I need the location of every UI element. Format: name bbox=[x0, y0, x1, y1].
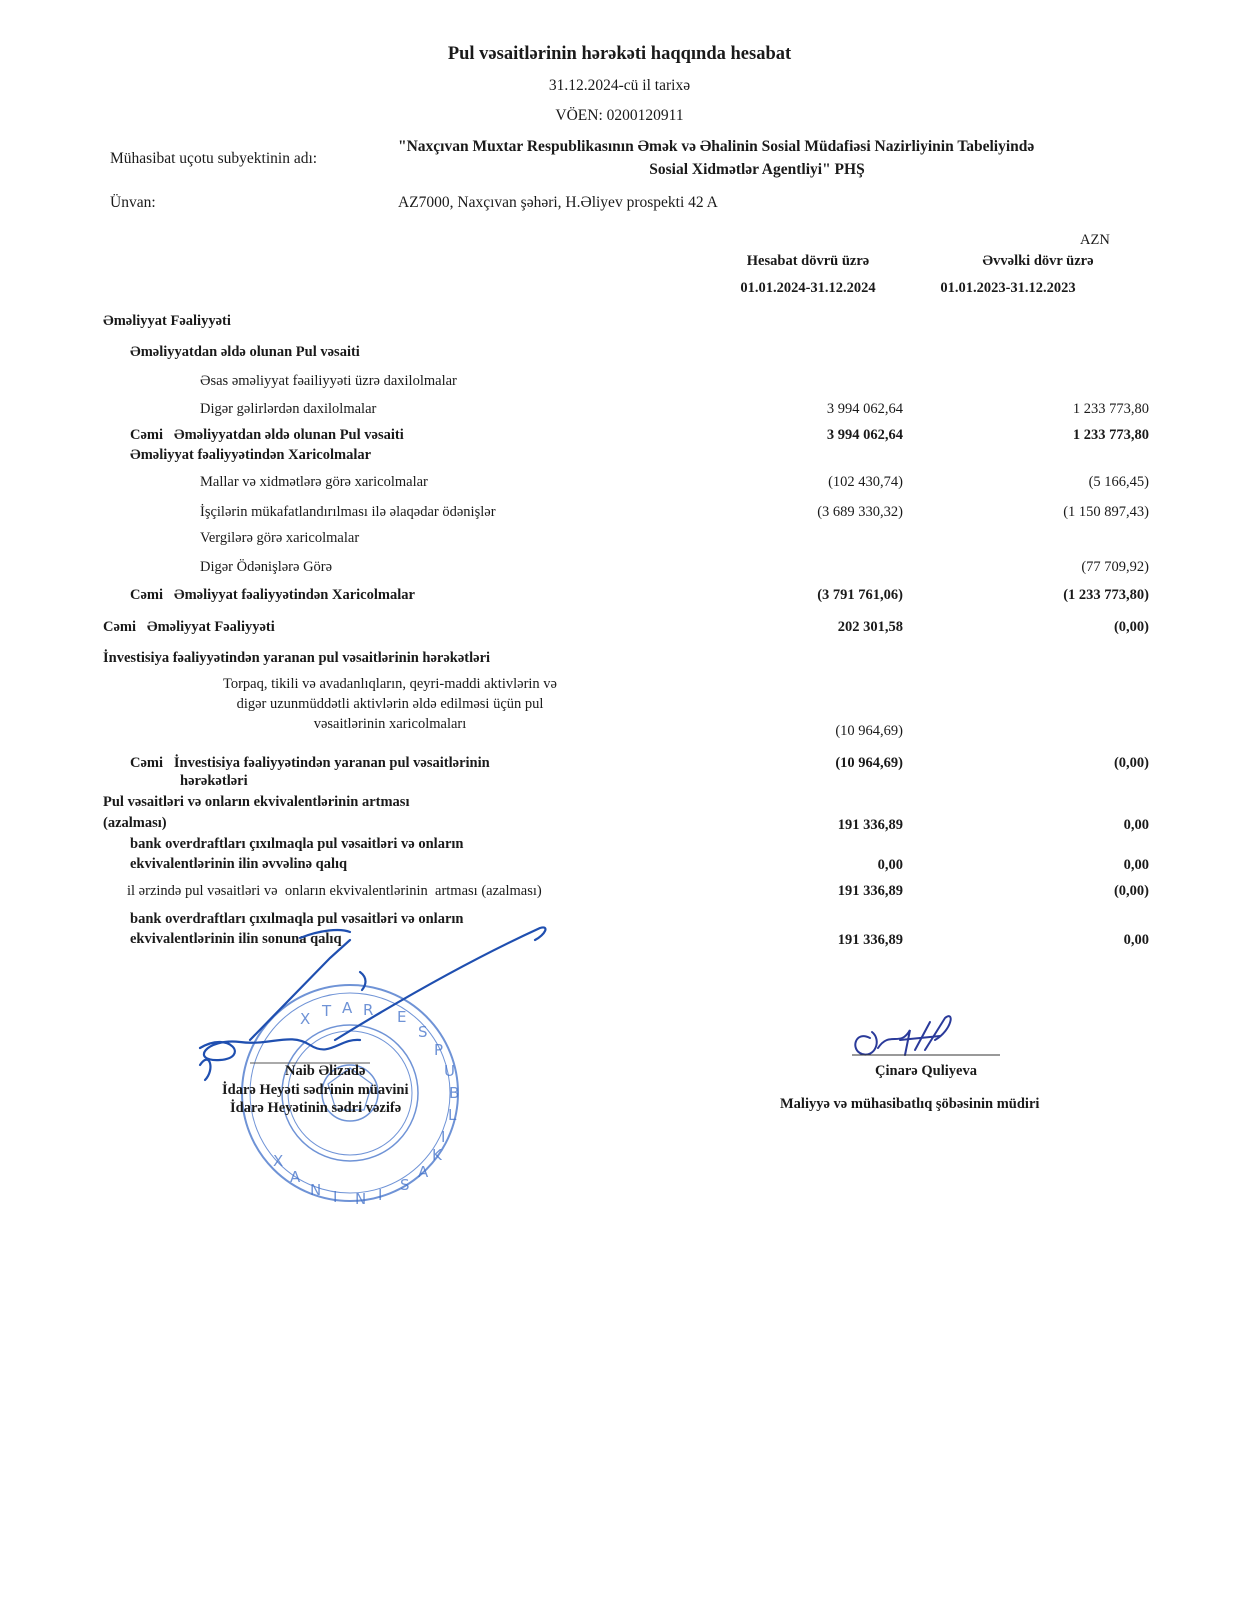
svg-text:S: S bbox=[400, 1176, 410, 1194]
value-previous: (1 150 897,43) bbox=[949, 504, 1149, 521]
value-previous: 0,00 bbox=[949, 857, 1149, 874]
section-operating: Əməliyyat Fəaliyyəti bbox=[103, 313, 231, 330]
value-current: 191 336,89 bbox=[703, 932, 903, 949]
row-total-investing-line1: Cəmi İnvestisiya fəaliyyətindən yaranan … bbox=[130, 755, 490, 772]
value-current: 191 336,89 bbox=[703, 817, 903, 834]
value-previous: 0,00 bbox=[949, 932, 1149, 949]
row-main-operating-inflows: Əsas əməliyyat fəailiyyəti üzrə daxilolm… bbox=[200, 373, 457, 390]
svg-text:I: I bbox=[378, 1186, 382, 1204]
entity-label: Mühasibat uçotu subyektinin adı: bbox=[110, 150, 317, 168]
value-current: 3 994 062,64 bbox=[703, 401, 903, 418]
row-employee-compensation: İşçilərin mükafatlandırılması ilə əlaqəd… bbox=[200, 504, 496, 521]
row-ppe-purchase-line1: Torpaq, tikili və avadanlıqların, qeyri-… bbox=[190, 676, 590, 693]
subsection-operating-outflows: Əməliyyat fəaliyyətindən Xaricolmalar bbox=[130, 447, 371, 464]
signature-left-icon bbox=[200, 927, 545, 1080]
row-tax-outflows: Vergilərə görə xaricolmalar bbox=[200, 530, 359, 547]
signatory-left-title1: İdarə Heyəti sədrinin müavini bbox=[222, 1082, 409, 1099]
row-total-investing-line2: hərəkətləri bbox=[180, 773, 248, 790]
svg-text:I: I bbox=[333, 1188, 337, 1206]
address-label: Ünvan: bbox=[110, 194, 156, 212]
svg-text:N: N bbox=[355, 1190, 366, 1208]
entity-name-line2: Sosial Xidmətlər Agentliyi" PHŞ bbox=[398, 161, 1116, 179]
signatory-right-title: Maliyyə və mühasibatlıq şöbəsinin müdiri bbox=[780, 1096, 1039, 1113]
value-previous: (0,00) bbox=[949, 883, 1149, 900]
signatory-left-title2: İdarə Heyətinin sədri vəzifə bbox=[230, 1100, 401, 1117]
svg-text:P: P bbox=[434, 1041, 443, 1059]
value-previous: (0,00) bbox=[949, 619, 1149, 636]
value-current: (102 430,74) bbox=[703, 474, 903, 491]
row-opening-balance-line2: ekvivalentlərinin ilin əvvəlinə qalıq bbox=[130, 856, 347, 873]
value-previous: (1 233 773,80) bbox=[949, 587, 1149, 604]
row-change-during-year: il ərzində pul vəsaitləri və onların ekv… bbox=[127, 883, 542, 900]
svg-text:E: E bbox=[397, 1008, 406, 1026]
svg-text:I: I bbox=[441, 1128, 445, 1146]
report-date: 31.12.2024-cü il tarixə bbox=[0, 77, 1239, 95]
svg-text:A: A bbox=[418, 1163, 429, 1181]
value-current: 191 336,89 bbox=[703, 883, 903, 900]
section-investing: İnvestisiya fəaliyyətindən yaranan pul v… bbox=[103, 650, 490, 667]
row-other-income-inflows: Digər gəlirlərdən daxilolmalar bbox=[200, 401, 376, 418]
row-ppe-purchase-line2: digər uzunmüddətli aktivlərin əldə edilm… bbox=[190, 696, 590, 713]
svg-text:T: T bbox=[321, 1002, 332, 1020]
row-closing-balance-line2: ekvivalentlərinin ilin sonuna qalıq bbox=[130, 931, 342, 948]
signature-right-icon bbox=[855, 1016, 950, 1055]
row-total-operating: Cəmi Əməliyyat Fəaliyyəti bbox=[103, 619, 275, 636]
value-previous: 1 233 773,80 bbox=[949, 427, 1149, 444]
address: AZ7000, Naxçıvan şəhəri, H.Əliyev prospe… bbox=[398, 194, 718, 212]
row-other-payments: Digər Ödənişlərə Görə bbox=[200, 559, 332, 576]
svg-text:U: U bbox=[444, 1062, 455, 1080]
value-previous: (5 166,45) bbox=[949, 474, 1149, 491]
row-closing-balance-line1: bank overdraftları çıxılmaqla pul vəsait… bbox=[130, 911, 464, 928]
svg-text:X: X bbox=[273, 1152, 283, 1170]
svg-text:X: X bbox=[300, 1010, 310, 1028]
row-goods-services-outflows: Mallar və xidmətlərə görə xaricolmalar bbox=[200, 474, 428, 491]
value-current: 3 994 062,64 bbox=[703, 427, 903, 444]
voen: VÖEN: 0200120911 bbox=[0, 107, 1239, 125]
current-period-label: Hesabat dövrü üzrə bbox=[688, 253, 928, 270]
value-current: 0,00 bbox=[703, 857, 903, 874]
previous-period-dates: 01.01.2023-31.12.2023 bbox=[888, 280, 1128, 297]
value-current: (3 689 330,32) bbox=[703, 504, 903, 521]
svg-text:L: L bbox=[448, 1106, 457, 1124]
row-net-change-line1: Pul vəsaitləri və onların ekvivalentləri… bbox=[103, 794, 409, 811]
row-opening-balance-line1: bank overdraftları çıxılmaqla pul vəsait… bbox=[130, 836, 464, 853]
svg-text:S: S bbox=[418, 1023, 428, 1041]
row-total-operating-outflows: Cəmi Əməliyyat fəaliyyətindən Xaricolmal… bbox=[130, 587, 415, 604]
signatory-right-name: Çinarə Quliyeva bbox=[826, 1063, 1026, 1080]
row-net-change-line2: (azalması) bbox=[103, 815, 167, 832]
value-current: 202 301,58 bbox=[703, 619, 903, 636]
value-previous: (0,00) bbox=[949, 755, 1149, 772]
svg-text:K: K bbox=[432, 1146, 443, 1164]
svg-text:N: N bbox=[310, 1181, 321, 1199]
value-current: (10 964,69) bbox=[703, 723, 903, 740]
row-ppe-purchase-line3: vəsaitlərinin xaricolmaları bbox=[190, 716, 590, 733]
value-previous: 0,00 bbox=[949, 817, 1149, 834]
row-total-operating-inflows: Cəmi Əməliyyatdan əldə olunan Pul vəsait… bbox=[130, 427, 404, 444]
value-previous: (77 709,92) bbox=[949, 559, 1149, 576]
svg-text:A: A bbox=[342, 999, 353, 1017]
signatory-left-name: Naib Əlizadə bbox=[285, 1063, 365, 1080]
currency-label: AZN bbox=[1080, 232, 1110, 249]
value-current: (3 791 761,06) bbox=[703, 587, 903, 604]
svg-text:A: A bbox=[290, 1168, 301, 1186]
value-current: (10 964,69) bbox=[703, 755, 903, 772]
entity-name-line1: "Naxçıvan Muxtar Respublikasının Əmək və… bbox=[398, 138, 1034, 156]
subsection-operating-inflows: Əməliyyatdan əldə olunan Pul vəsaiti bbox=[130, 344, 360, 361]
report-title: Pul vəsaitlərinin hərəkəti haqqında hesa… bbox=[0, 44, 1239, 65]
svg-text:R: R bbox=[363, 1001, 373, 1019]
previous-period-label: Əvvəlki dövr üzrə bbox=[918, 253, 1158, 270]
svg-text:B: B bbox=[449, 1084, 459, 1102]
value-previous: 1 233 773,80 bbox=[949, 401, 1149, 418]
